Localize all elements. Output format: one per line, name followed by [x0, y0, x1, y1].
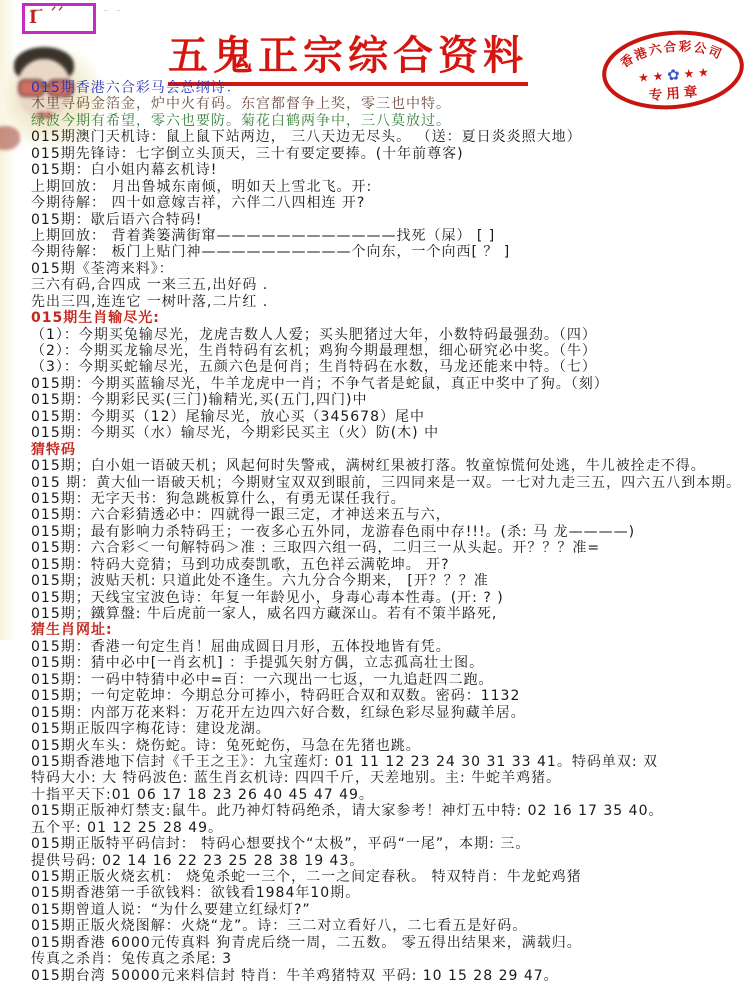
text-line: 今期待解： 四十如意嫁吉祥，六伴二八四相连 开? — [31, 195, 755, 211]
text-line: 015期正版火烧玄机： 烧兔杀蛇一三个，二一之间定春秋。 特双特肖：牛龙蛇鸡猪 — [31, 869, 755, 885]
text-line: 绿波今期有希望，零六也要防。菊花白鹤两争中，三八莫放过。 — [31, 113, 755, 129]
text-line: 木里寻码金箔金，炉中火有码。东宫都督争上奖，零三也中特。 — [31, 96, 755, 112]
text-line: 015期：无字天书：狗急跳板算什么，有勇无谋任我行。 — [31, 491, 755, 507]
text-line: 015期；波贴天机: 只道此处不逢生。六九分合今期来， [开？？？准 — [31, 573, 755, 589]
text-line: （2）：今期买龙输尽光，生肖特码有玄机；鸡狗今期最理想，细心研究必中奖。（牛） — [31, 343, 755, 359]
text-line: 特码大小: 大 特码波色: 蓝生肖玄机诗: 四四千斤，天差地别。主: 牛蛇羊鸡猪… — [31, 770, 755, 786]
text-line: 015期生肖输尽光: — [31, 310, 755, 326]
page-title: 五鬼正宗综合资料 — [168, 24, 528, 86]
text-line: 015期澳门天机诗：鼠上鼠下站两边， 三八天边无尽头。 （送：夏日炎炎照大地） — [31, 129, 755, 145]
text-line: 015期；天线宝宝波色诗：年复一年龄见小，身毒心毒本性毒。(开: ? ) — [31, 590, 755, 606]
seal-stars-right: ★ ★ — [679, 65, 709, 81]
text-line: 015期；白小姐一语破天机；风起何时失警戒，满树红果被打落。牧童惊慌何处逃，牛儿… — [31, 458, 755, 474]
text-line: 015期先锋诗：七字倒立头顶天，三十有要定要捧。(十年前尊客) — [31, 146, 755, 162]
text-line: 015期香港地下信封《千王之王》：九宝莲灯: 01 11 12 23 24 30… — [31, 754, 755, 770]
text-line: 015期香港六合彩马会总纲诗： — [31, 80, 755, 96]
corner-glyph-i: I — [29, 10, 37, 27]
text-line: 三六有码,合四成 一来三五,出好码 . — [31, 277, 755, 293]
text-line: 015期香港 6000元传真料 狗青虎后绕一周，二五数。 零五得出结果来，满载归… — [31, 935, 755, 951]
text-line: 十指平天下:01 06 17 18 23 26 40 45 47 49。 — [31, 787, 755, 803]
text-line: 015期；鐵算盤: 牛后虎前一家人，威名四方藏深山。若有不策半路死, — [31, 606, 755, 622]
text-line: 015期：今期买蓝输尽光，牛羊龙虎中一肖；不争气者是蛇鼠，真正中奖中了狗。（刻） — [31, 376, 755, 392]
text-line: 015期：六合彩＜一句解特码＞准 : 三取四六组一码，二归三一从头起。开？？？准… — [31, 540, 755, 556]
text-line: 015期：白小姐内幕玄机诗! — [31, 162, 755, 178]
text-line: 015期：猜中必中[一肖玄机] ：手提弧矢射方偶，立志孤高壮士图。 — [31, 655, 755, 671]
text-line: 015期：今期买（12）尾输尽光，放心买（345678）尾中 — [31, 409, 755, 425]
text-line: 015期：一码中特猜中必中=百：一六现出一七返，一九追赶四二跑。 — [31, 672, 755, 688]
text-line: 015期正版四字梅花诗：建设龙湖。 — [31, 721, 755, 737]
text-line: 015期：香港一句定生肖！屈曲成圆日月形，五体投地皆有凭。 — [31, 639, 755, 655]
text-line: 015期：六合彩猜透必中：四就得一跟三定，才神送来五与六， — [31, 507, 755, 523]
text-line: 015期：特码大竞猜；马到功成奏凯歌，五色祥云满乾坤。 开? — [31, 557, 755, 573]
text-line: 015期：今期彩民买(三门)输精光,买(五门,四门)中 — [31, 392, 755, 408]
text-line: 015期台湾 50000元来料信封 特肖：牛羊鸡猪特双 平码: 10 15 28… — [31, 968, 755, 984]
text-line: 015期曾道人说：“为什么要建立红绿灯?” — [31, 902, 755, 918]
text-line: 015期正版特平码信封： 特码心想要找个“太极”，平码“一尾”，本期: 三。 — [31, 836, 755, 852]
text-line: 五个平: 01 12 25 28 49。 — [31, 820, 755, 836]
text-line: 015期：内部万花来料：万花开左边四六好合数，红绿色彩尽显狗藏羊居。 — [31, 705, 755, 721]
text-line: 015期；最有影响力杀特码王；一夜多心五外同，龙游春色雨中存!!!。(杀: 马 … — [31, 524, 755, 540]
text-line: 015期正版火烧图解：火烧“龙”。诗：三二对立看好八，二七看五是好码。 — [31, 918, 755, 934]
text-line: （1）：今期买兔输尽光，龙虎吉数人人爱；买头肥猪过大年，小数特码最强劲。（四） — [31, 327, 755, 343]
text-line: 015期《荃湾来料》： — [31, 261, 755, 277]
portrait-collar — [0, 126, 20, 150]
text-line: 上期回放： 月出鲁城东南倾，明如天上雪北飞。开: — [31, 179, 755, 195]
text-line: （3）：今期买蛇输尽光，五颜六色是何肖；生肖特码在水数，马龙还能来中特。（七） — [31, 359, 755, 375]
text-line: 015期：今期买（水）输尽光，今期彩民买主（火）防(木) 中 — [31, 425, 755, 441]
content-lines: 015期香港六合彩马会总纲诗：木里寻码金箔金，炉中火有码。东宫都督争上奖，零三也… — [31, 80, 755, 984]
corner-dots: ¨ ¨ — [103, 8, 124, 21]
text-line: 015期；一句定乾坤：今期总分可捧小，特码旺合双和双数。密码：1132 — [31, 688, 755, 704]
text-line: 先出三四,连连它 一树叶落,二片红 . — [31, 294, 755, 310]
text-line: 猜特码 — [31, 442, 755, 458]
corner-broken-image-box: 一 ᐟᐟ I ¨ ¨ — [22, 3, 96, 34]
text-line: 传真之杀肖：兔传真之杀尾: 3 — [31, 951, 755, 967]
text-line: 今期待解： 板门上贴门神——————————个向东，一个向西[ ？ ] — [31, 244, 755, 260]
text-line: 015期香港第一手欲钱料：欲钱看1984年10期。 — [31, 885, 755, 901]
text-line: 015期火车头：烧伤蛇。诗：兔死蛇伤，马急在先猪也跳。 — [31, 738, 755, 754]
text-line: 015期正版神灯禁支:鼠牛。此乃神灯特码绝杀，请大家参考！神灯五中特: 02 1… — [31, 803, 755, 819]
text-line: 015期：歇后语六合特码! — [31, 212, 755, 228]
text-line: 015 期：黄大仙一语破天机；今期财宝双双到眼前，三四同来是一双。一七对九走三五… — [31, 475, 755, 491]
text-line: 提供号码: 02 14 16 22 23 25 28 38 19 43。 — [31, 853, 755, 869]
text-line: 猜生肖网址: — [31, 622, 755, 638]
text-line: 上期回放： 背着粪篓满街窜————————————找死（屎） [ ] — [31, 228, 755, 244]
